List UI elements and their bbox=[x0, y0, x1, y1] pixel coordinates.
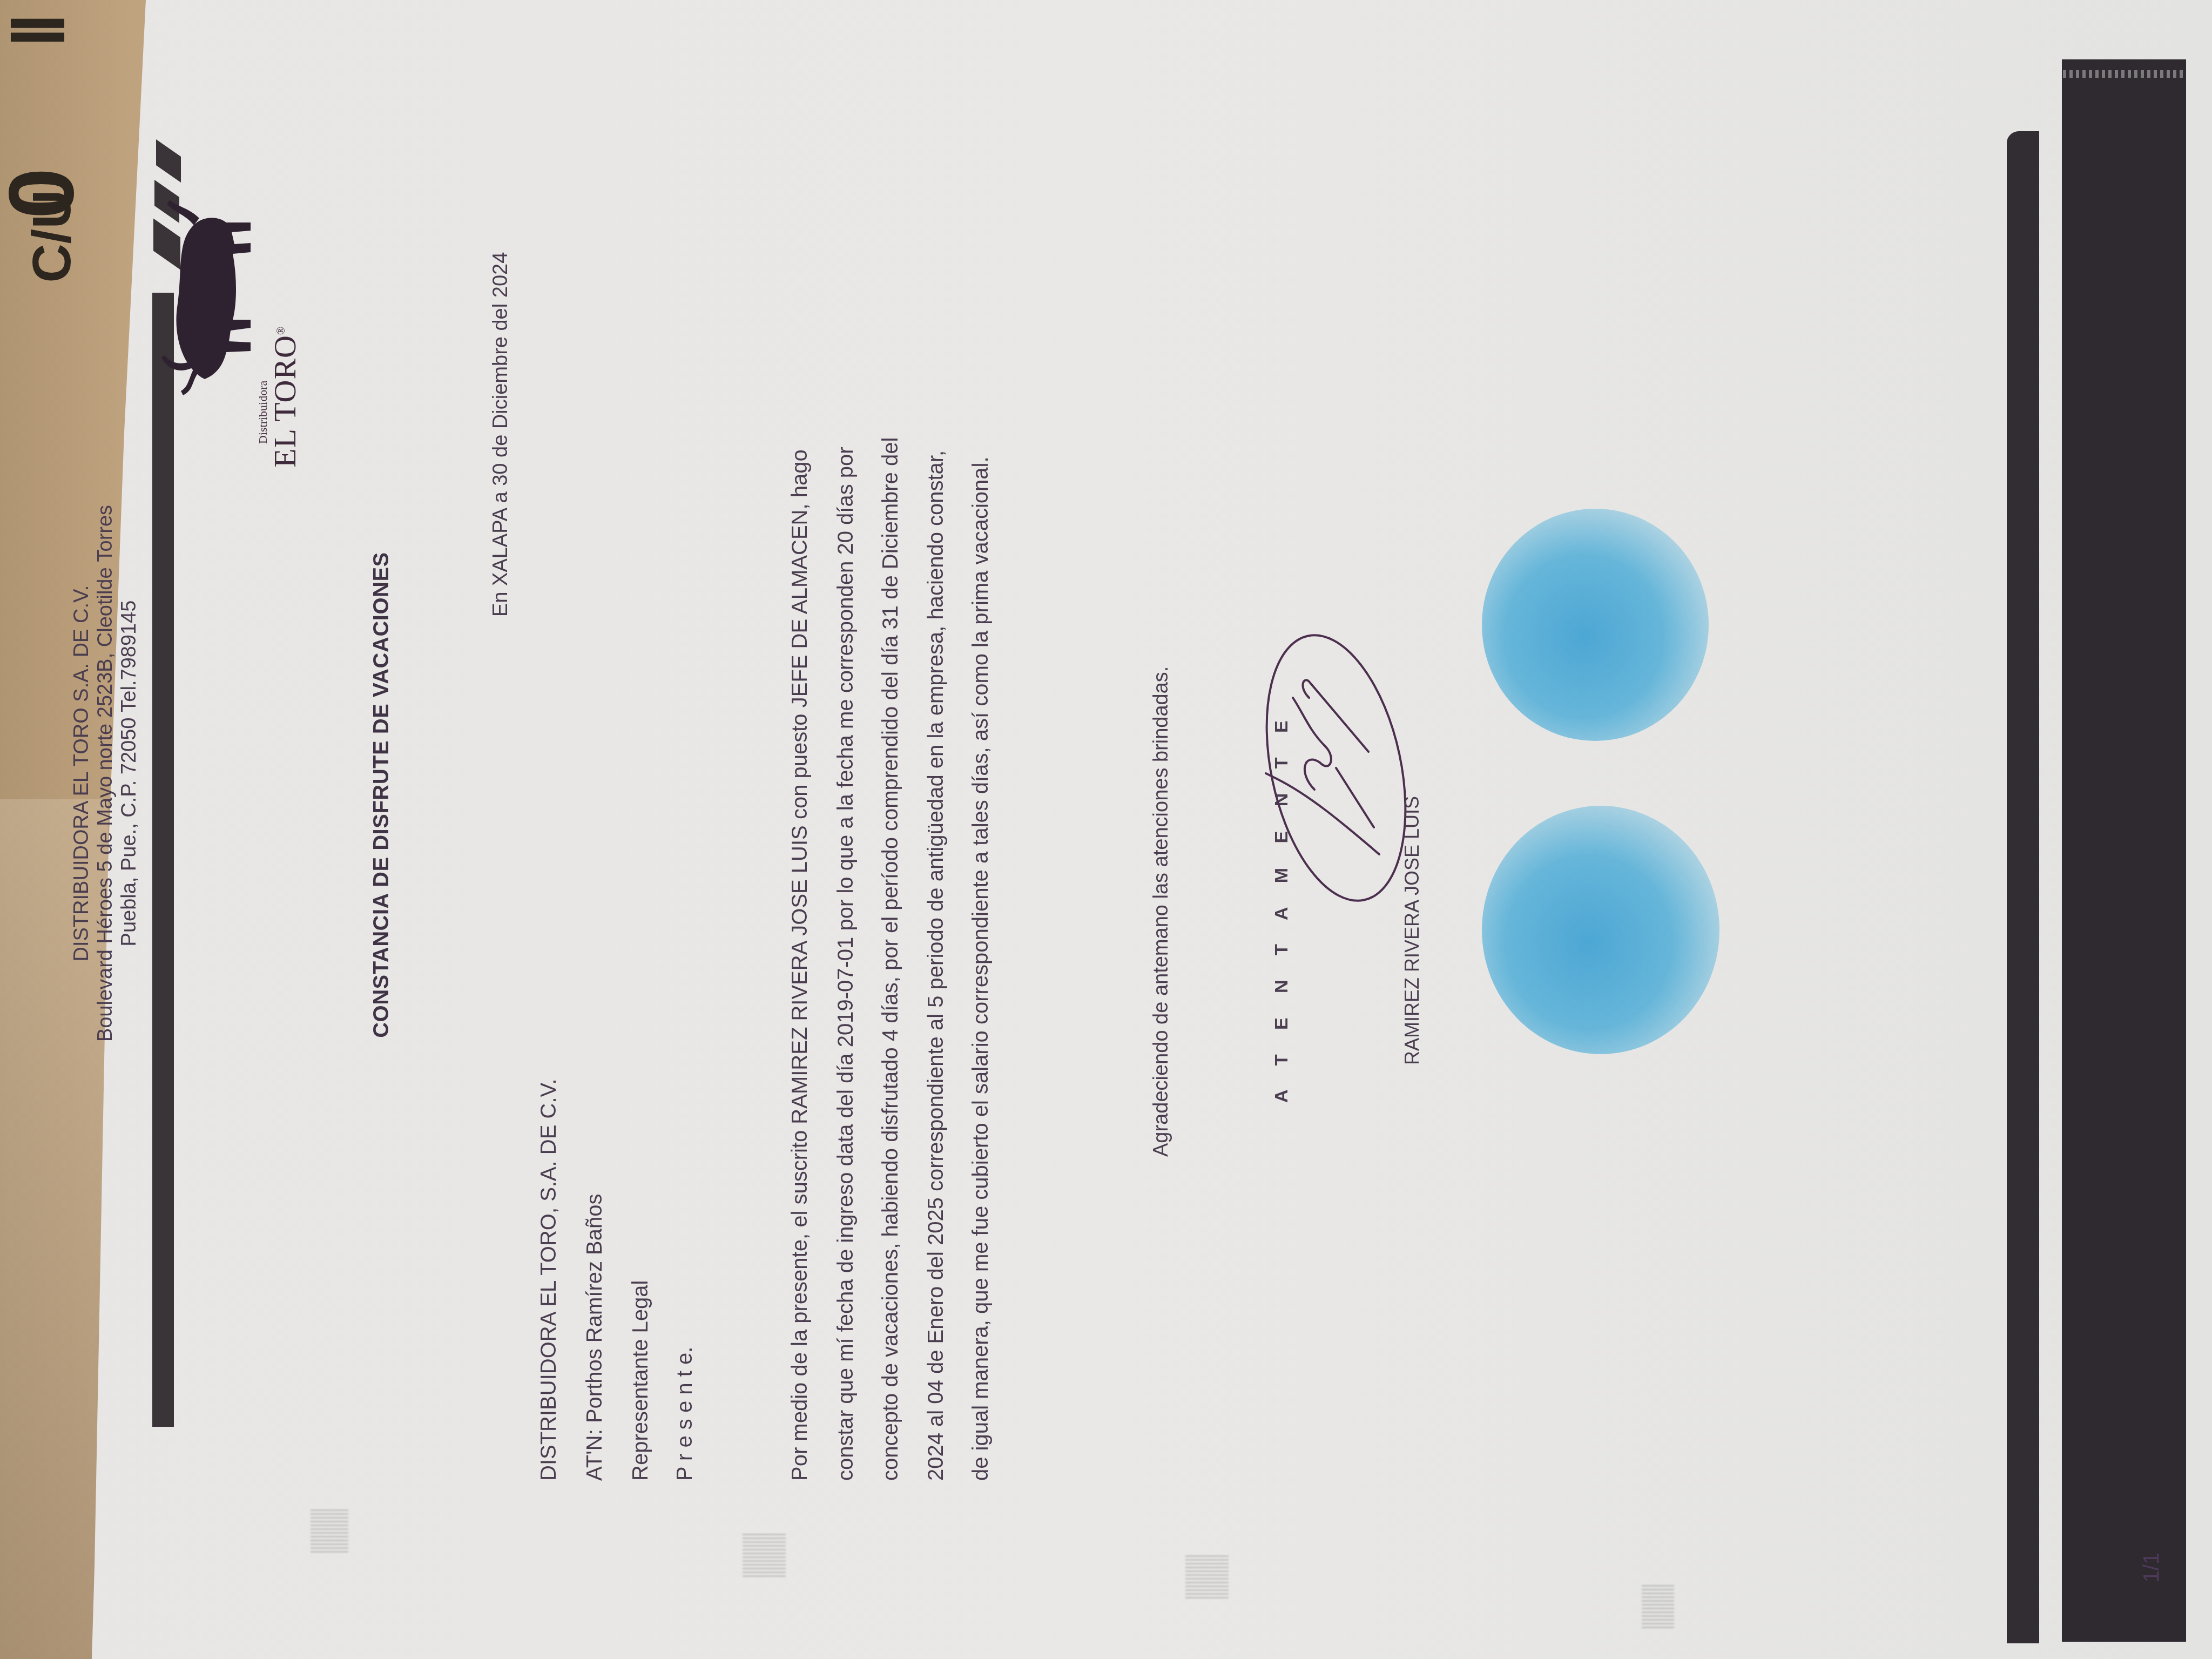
left-edge-bar bbox=[2007, 131, 2039, 1643]
addressee-attention: AT'N: Porthos Ramírez Baños bbox=[583, 1193, 607, 1481]
signatory-name: RAMIREZ RIVERA JOSE LUIS bbox=[1401, 796, 1424, 1065]
company-address: Boulevard Héroes 5 de Mayo norte 2523B, … bbox=[93, 449, 117, 1097]
body-line: de igual manera, que me fue cubierto el … bbox=[969, 456, 993, 1481]
company-logo: Distribuidora EL TORO® bbox=[151, 168, 323, 471]
body-line: concepto de vacaciones, habiendo disfrut… bbox=[879, 437, 903, 1481]
document-title: CONSTANCIA DE DISFRUTE DE VACACIONES bbox=[369, 471, 394, 1119]
logo-brand: EL TORO bbox=[267, 335, 302, 468]
page-number: 1/1 bbox=[2140, 1553, 2164, 1583]
logo-brand-text: EL TORO® bbox=[267, 326, 303, 468]
bull-icon bbox=[140, 195, 264, 401]
body-line: 2024 al 04 de Enero del 2025 correspondi… bbox=[924, 450, 948, 1481]
fingerprint-left bbox=[1482, 806, 1719, 1054]
company-city: Puebla, Pue., C.P. 72050 Tel.7989145 bbox=[117, 449, 141, 1097]
edge-bar bbox=[2062, 59, 2186, 1642]
edge-bar-wear bbox=[2063, 70, 2185, 78]
company-header: DISTRIBUIDORA EL TORO S.A. DE C.V. Boule… bbox=[70, 449, 141, 1097]
letter-page: DISTRIBUIDORA EL TORO S.A. DE C.V. Boule… bbox=[0, 0, 1935, 1659]
date-line: En XALAPA a 30 de Diciembre del 2024 bbox=[489, 252, 512, 617]
addressee-company: DISTRIBUIDORA EL TORO, S.A. DE C.V. bbox=[537, 1078, 561, 1481]
body-line: constar que mí fecha de ingreso data del… bbox=[834, 447, 858, 1481]
company-name: DISTRIBUIDORA EL TORO S.A. DE C.V. bbox=[70, 449, 93, 1097]
body-line: Por medio de la presente, el suscrito RA… bbox=[788, 449, 812, 1481]
addressee-present: P r e s e n t e. bbox=[673, 1347, 697, 1481]
addressee-role: Representante Legal bbox=[629, 1280, 653, 1481]
fingerprint-right bbox=[1482, 509, 1709, 741]
document-photo: DISTRIBUIDORA EL TORO S.A. DE C.V. Boule… bbox=[0, 0, 2212, 1659]
registered-mark: ® bbox=[275, 326, 287, 335]
closing-line: Agradeciendo de antemano las atenciones … bbox=[1150, 666, 1173, 1157]
